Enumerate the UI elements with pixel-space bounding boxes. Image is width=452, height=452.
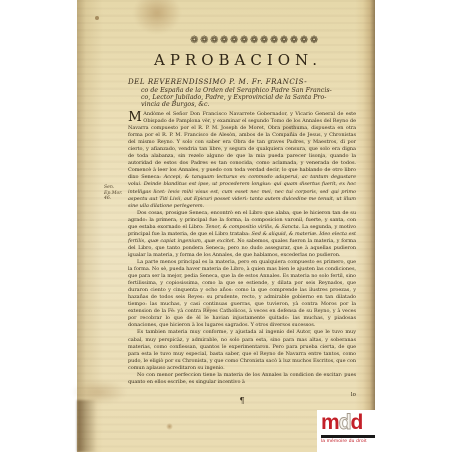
page-title: APROBACION.: [113, 51, 363, 69]
page-scan: ❁❁❁❁❁❁❁❁❁❁❁❁❁ APROBACION. DEL REVERENDIS…: [77, 0, 375, 452]
mdd-logo-rule: [321, 435, 375, 438]
stain: [166, 423, 173, 430]
margin-note-line: 46.: [104, 196, 126, 202]
margin-note-citation: Sen.Ep.Mor.46.: [104, 185, 126, 202]
logo-letter-m: m: [321, 410, 339, 435]
paragraph: Es tambien materia muy conforme, y ajust…: [128, 329, 356, 371]
text-run: Andòme el Señor Don Francisco Navarrete …: [128, 111, 356, 180]
logo-letter-d: d: [351, 410, 363, 435]
binding-smudge: [77, 400, 97, 452]
text-run: No con menor perfeccion tiene la materia…: [128, 372, 356, 385]
drop-cap: M: [128, 111, 143, 124]
stain: [95, 16, 99, 20]
subtitle-line: co, Lector Jubilado, Padre, y Exprovinci…: [141, 94, 358, 101]
subtitle-line-1: DEL REVERENDISSIMO P. M. Fr. FRANCIS-: [128, 78, 358, 87]
ornament-row: ❁❁❁❁❁❁❁❁❁❁❁❁❁: [135, 35, 375, 46]
latin-quote: Tenor, & compositio virilis, & Sancta.: [206, 224, 301, 230]
mdd-logo-letters: mdd: [321, 410, 362, 436]
text-run: Es tambien materia muy conforme, y ajust…: [128, 329, 356, 370]
logo-letter-d-outline: d: [339, 410, 351, 435]
paragraph: La parte menos principal es la materia, …: [128, 259, 356, 329]
subtitle-continuation: co de España de la Orden del Seraphico P…: [128, 87, 358, 109]
mdd-logo: mdd la mémoire du droit: [317, 410, 395, 452]
paragraph: MAndòme el Señor Don Francisco Navarrete…: [128, 111, 356, 210]
signature-mark: ¶: [128, 396, 356, 405]
paragraph: No con menor perfeccion tiene la materia…: [128, 372, 356, 386]
subtitle-line: co de España de la Orden del Seraphico P…: [141, 87, 358, 94]
subtitle-line: vincia de Burgos, &c.: [141, 101, 358, 108]
paragraph: Dos cosas, prosigue Seneca, encontrò en …: [128, 210, 356, 259]
subtitle: DEL REVERENDISSIMO P. M. Fr. FRANCIS- co…: [128, 78, 358, 108]
text-run: La parte menos principal es la materia, …: [128, 259, 356, 328]
body-text: MAndòme el Señor Don Francisco Navarrete…: [128, 111, 356, 403]
mdd-logo-tagline: la mémoire du droit: [321, 439, 367, 444]
